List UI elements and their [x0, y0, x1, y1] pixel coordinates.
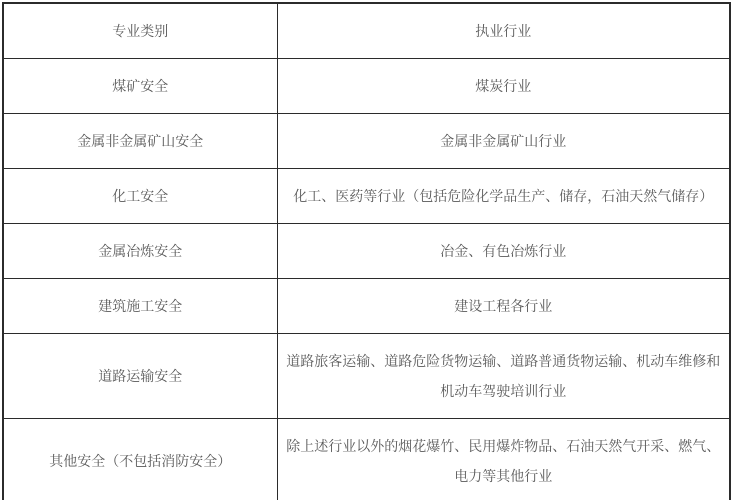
category-cell: 煤矿安全 — [3, 59, 277, 114]
table-row: 其他安全（不包括消防安全）除上述行业以外的烟花爆竹、民用爆炸物品、石油天然气开采… — [3, 419, 730, 500]
header-cell-category: 专业类别 — [3, 3, 277, 59]
category-cell: 金属冶炼安全 — [3, 224, 277, 279]
industry-cell: 建设工程各行业 — [277, 279, 730, 334]
header-row: 专业类别 执业行业 — [3, 3, 730, 59]
table-row: 建筑施工安全建设工程各行业 — [3, 279, 730, 334]
header-cell-industry: 执业行业 — [277, 3, 730, 59]
table-row: 道路运输安全道路旅客运输、道路危险货物运输、道路普通货物运输、机动车维修和机动车… — [3, 334, 730, 419]
profession-industry-table: 专业类别 执业行业 煤矿安全煤炭行业金属非金属矿山安全金属非金属矿山行业化工安全… — [2, 2, 731, 500]
industry-cell: 道路旅客运输、道路危险货物运输、道路普通货物运输、机动车维修和机动车驾驶培训行业 — [277, 334, 730, 419]
category-cell: 建筑施工安全 — [3, 279, 277, 334]
category-cell: 道路运输安全 — [3, 334, 277, 419]
category-cell: 化工安全 — [3, 169, 277, 224]
industry-cell: 冶金、有色冶炼行业 — [277, 224, 730, 279]
table-row: 化工安全化工、医药等行业（包括危险化学品生产、储存，石油天然气储存） — [3, 169, 730, 224]
industry-cell: 化工、医药等行业（包括危险化学品生产、储存，石油天然气储存） — [277, 169, 730, 224]
table-row: 金属非金属矿山安全金属非金属矿山行业 — [3, 114, 730, 169]
category-cell: 金属非金属矿山安全 — [3, 114, 277, 169]
table-row: 煤矿安全煤炭行业 — [3, 59, 730, 114]
category-cell: 其他安全（不包括消防安全） — [3, 419, 277, 500]
table-header: 专业类别 执业行业 — [3, 3, 730, 59]
industry-cell: 金属非金属矿山行业 — [277, 114, 730, 169]
industry-cell: 除上述行业以外的烟花爆竹、民用爆炸物品、石油天然气开采、燃气、电力等其他行业 — [277, 419, 730, 500]
table-body: 煤矿安全煤炭行业金属非金属矿山安全金属非金属矿山行业化工安全化工、医药等行业（包… — [3, 59, 730, 500]
industry-cell: 煤炭行业 — [277, 59, 730, 114]
table-row: 金属冶炼安全冶金、有色冶炼行业 — [3, 224, 730, 279]
